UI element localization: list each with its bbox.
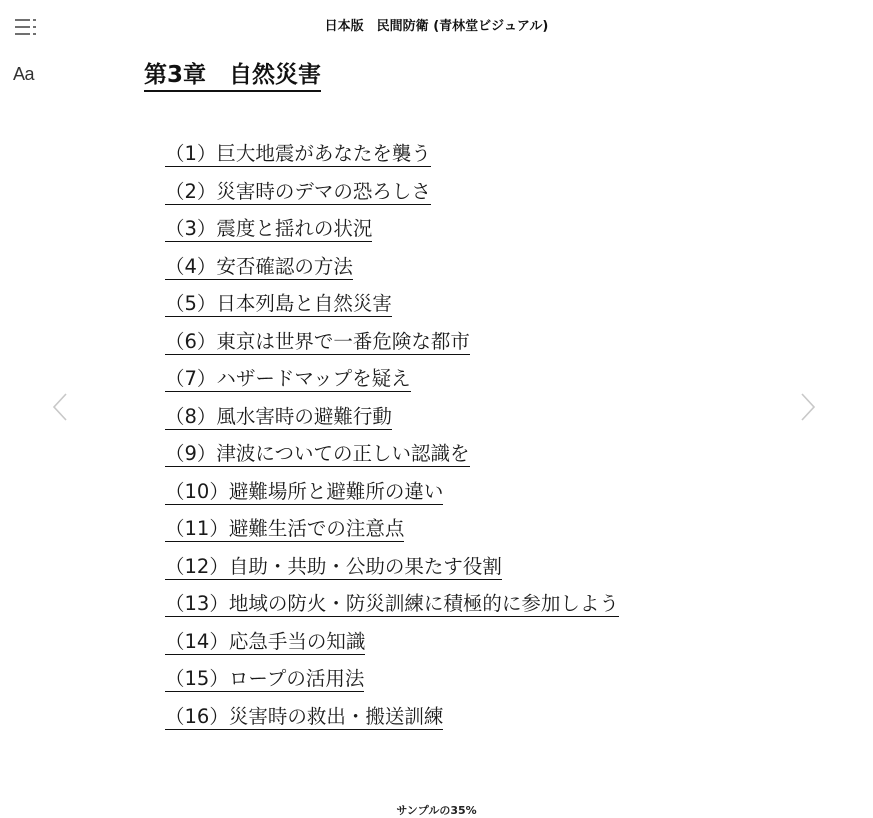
toc-link[interactable]: （4）安否確認の方法 xyxy=(165,254,353,280)
font-settings-icon[interactable]: Aa xyxy=(13,64,34,85)
book-title: 日本版 民間防衛 (青林堂ビジュアル) xyxy=(0,15,873,34)
toc-link[interactable]: （3）震度と揺れの状況 xyxy=(165,216,372,242)
toc-link[interactable]: （12）自助・共助・公助の果たす役割 xyxy=(165,554,502,580)
toc-item: （7）ハザードマップを疑え xyxy=(165,366,619,404)
toc-link[interactable]: （16）災害時の救出・搬送訓練 xyxy=(165,704,443,730)
next-page-button[interactable] xyxy=(798,392,818,422)
toc-item: （5）日本列島と自然災害 xyxy=(165,291,619,329)
toc-item: （3）震度と揺れの状況 xyxy=(165,216,619,254)
chevron-right-icon xyxy=(798,392,818,422)
toc-link[interactable]: （8）風水害時の避難行動 xyxy=(165,404,392,430)
chevron-left-icon xyxy=(50,392,70,422)
toc-item: （9）津波についての正しい認識を xyxy=(165,441,619,479)
toc-link[interactable]: （2）災害時のデマの恐ろしさ xyxy=(165,179,431,205)
toc-item: （8）風水害時の避難行動 xyxy=(165,404,619,442)
toc-item: （14）応急手当の知識 xyxy=(165,629,619,667)
table-of-contents-list: （1）巨大地震があなたを襲う （2）災害時のデマの恐ろしさ （3）震度と揺れの状… xyxy=(165,141,619,741)
toc-link[interactable]: （6）東京は世界で一番危険な都市 xyxy=(165,329,470,355)
toc-item: （10）避難場所と避難所の違い xyxy=(165,479,619,517)
toc-link[interactable]: （7）ハザードマップを疑え xyxy=(165,366,411,392)
toc-link[interactable]: （1）巨大地震があなたを襲う xyxy=(165,141,431,167)
toc-item: （1）巨大地震があなたを襲う xyxy=(165,141,619,179)
toc-item: （4）安否確認の方法 xyxy=(165,254,619,292)
toc-item: （2）災害時のデマの恐ろしさ xyxy=(165,179,619,217)
toc-link[interactable]: （14）応急手当の知識 xyxy=(165,629,365,655)
toc-link[interactable]: （13）地域の防火・防災訓練に積極的に参加しよう xyxy=(165,591,619,617)
toc-link[interactable]: （5）日本列島と自然災害 xyxy=(165,291,392,317)
reading-progress: サンプルの35% xyxy=(0,802,873,818)
toc-item: （15）ロープの活用法 xyxy=(165,666,619,704)
toc-item: （11）避難生活での注意点 xyxy=(165,516,619,554)
toc-link[interactable]: （10）避難場所と避難所の違い xyxy=(165,479,443,505)
toc-link[interactable]: （15）ロープの活用法 xyxy=(165,666,364,692)
toc-item: （16）災害時の救出・搬送訓練 xyxy=(165,704,619,742)
toc-item: （13）地域の防火・防災訓練に積極的に参加しよう xyxy=(165,591,619,629)
previous-page-button[interactable] xyxy=(50,392,70,422)
chapter-title: 第3章 自然災害 xyxy=(144,61,321,92)
toc-link[interactable]: （9）津波についての正しい認識を xyxy=(165,441,470,467)
toc-item: （6）東京は世界で一番危険な都市 xyxy=(165,329,619,367)
toc-item: （12）自助・共助・公助の果たす役割 xyxy=(165,554,619,592)
toc-link[interactable]: （11）避難生活での注意点 xyxy=(165,516,404,542)
